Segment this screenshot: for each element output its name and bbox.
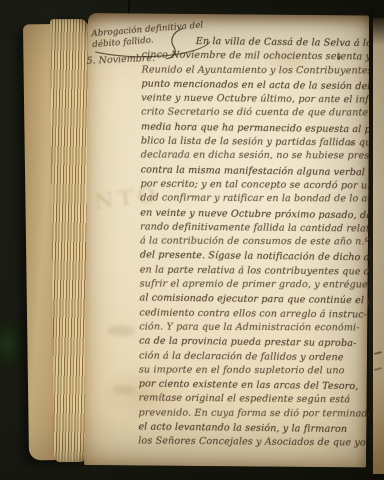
foxing-spot xyxy=(349,141,354,145)
manuscript-line: cinco Noviembre de mil ochocientos seten… xyxy=(142,49,360,65)
manuscript-line: ción. Y para que la Administración econó… xyxy=(139,320,357,335)
manuscript-line: declarada en dicha sesión, no se hubiese… xyxy=(141,149,359,164)
manuscript-page: Abrogación definitiva del débito fallido… xyxy=(84,13,370,467)
margin-smudge xyxy=(107,325,135,336)
manuscript-line: su importe en el fondo supletorio del un… xyxy=(139,363,357,378)
next-page-edge xyxy=(373,18,384,474)
ink-mark xyxy=(374,351,382,355)
ink-mark xyxy=(374,367,382,371)
manuscript-line: los Señores Concejales y Asociados de qu… xyxy=(138,435,356,451)
manuscript-line: á la contribución de consumos de este añ… xyxy=(140,235,358,250)
margin-smudge xyxy=(113,385,135,394)
manuscript-photograph: Abrogación definitiva del débito fallido… xyxy=(0,0,384,480)
manuscript-line: prevenido. En cuya forma se dió por term… xyxy=(138,406,356,421)
background-foliage-blur xyxy=(0,316,26,372)
manuscript-text: En la villa de Cassá de la Selva á losci… xyxy=(138,34,360,450)
manuscript-line: Reunido el Ayuntamiento y los Contribuye… xyxy=(141,63,359,78)
manuscript-line: crito Secretario se dió cuenta de que du… xyxy=(141,106,359,121)
scanner-cradle-edge xyxy=(6,459,384,480)
manuscript-line: dad confirmar y ratificar en la bondad d… xyxy=(140,192,358,207)
manuscript-line: sufrir el apremio de primer grado, y ent… xyxy=(140,278,358,293)
